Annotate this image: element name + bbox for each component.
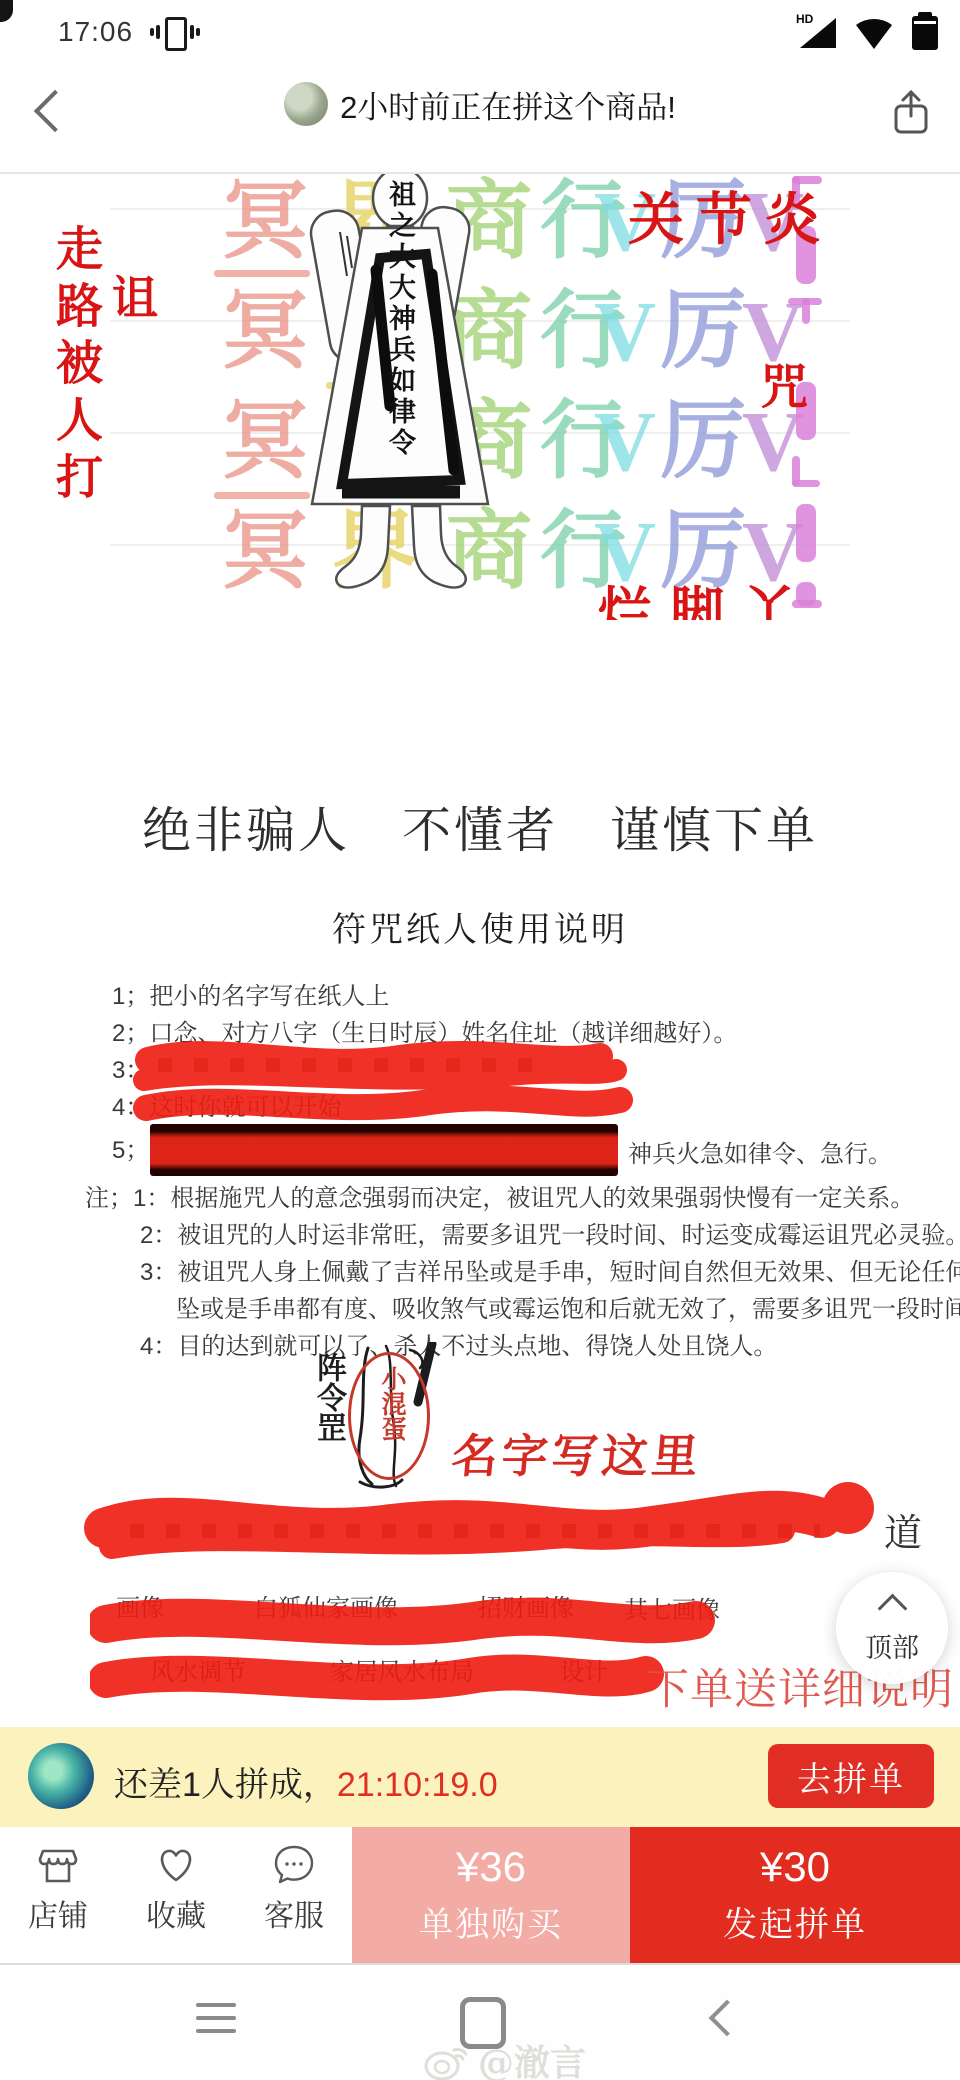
buyer-avatar [284,82,328,126]
group-member-avatar [28,1743,94,1809]
watermark-character: 厉 [660,288,746,374]
favorite-button[interactable]: 收藏 [118,1827,234,1963]
battery-icon [912,16,938,50]
curse-text-zu: 诅 [112,262,158,328]
instruction-item-5-text: 神兵火急如律令、急行。 [628,1134,892,1169]
join-group-button[interactable]: 去拼单 [768,1744,934,1808]
chevron-up-icon [878,1594,908,1624]
redaction-scribble-line1 [82,1482,912,1578]
back-to-top-button[interactable]: 顶部 [836,1572,948,1684]
talisman-side-text: 阵令罡 [306,1352,350,1442]
curse-text-zhou: 咒 [760,348,808,417]
customer-service-button[interactable]: 客服 [236,1827,352,1963]
nav-back-button[interactable] [709,2000,746,2037]
buy-alone-button[interactable]: ¥36 单独购买 [352,1827,630,1963]
chat-bubble-icon [236,1841,352,1889]
talisman-oval-text: 小混蛋 [374,1366,410,1441]
watermark-character: 厉 [660,398,746,484]
share-button[interactable] [890,88,932,136]
weibo-watermark: @澈言 [420,2035,586,2080]
watermark-character: V [594,288,656,374]
group-price: ¥30 [630,1843,960,1891]
purchase-bar: 店铺 收藏 客服 ¥36 单独购买 ¥30 发起拼单 [0,1827,960,1965]
screen-corner-notch [0,0,13,22]
note-3-continued: 坠或是手串都有度、吸收煞气或霉运饱和后就无效了，需要多诅咒一段时间。 [176,1289,960,1324]
heart-icon [118,1841,234,1889]
write-name-here-label: 名字写这里 [449,1420,705,1486]
wifi-icon [852,16,896,52]
product-image[interactable]: 冥界商行V厉V冥界商行V厉V冥界商行V厉V冥界商行V厉V [0,174,960,620]
shop-button[interactable]: 店铺 [0,1827,116,1963]
redaction-scribble-line3 [90,1652,670,1710]
countdown-timer: 21:10:19.0 [337,1766,498,1804]
redaction-scribble-line2 [90,1594,730,1656]
claim-headline: 绝非骗人 不懂者 谨慎下单 [0,792,960,862]
weibo-logo-icon [420,2038,472,2080]
note-3: 3：被诅咒人身上佩戴了吉祥吊坠或是手串，短时间自然但无效果、但无论任何吉祥吊 [140,1252,960,1287]
page-title: 2小时前正在拼这个商品! [340,82,676,127]
redaction-bar [150,1124,618,1176]
note-2: 2：被诅咒的人时运非常旺，需要多诅咒一段时间、时运变成霉运诅咒必灵验。 [140,1215,960,1250]
signal-icon [800,18,836,48]
vibrate-icon [152,17,198,49]
note-1: 注；1：根据施咒人的意念强弱而决定，被诅咒人的效果强弱快慢有一定关系。 [85,1178,914,1213]
curse-text-top-right: 关节炎 [628,176,832,256]
instructions-title: 符咒纸人使用说明 [0,902,960,951]
android-nav-bar: @澈言 [0,1963,960,2080]
group-buy-banner: 还差1人拼成，21:10:19.0 去拼单 [0,1727,960,1827]
app-screen: 17:06 HD 2小时前正在拼这个商品! 冥界商行V厉V冥界商行V厉V冥界商行… [0,0,960,2080]
status-time: 17:06 [58,16,133,48]
header-title-group: 2小时前正在拼这个商品! [0,72,960,136]
start-group-buy-button[interactable]: ¥30 发起拼单 [630,1827,960,1963]
watermark-character: V [594,398,656,484]
solo-price: ¥36 [352,1843,630,1891]
instruction-item-1: 1；把小的名字写在纸人上 [112,976,389,1011]
recents-button[interactable] [196,2003,236,2042]
curse-text-left: 走路被人打 [42,224,109,509]
storefront-icon [0,1841,116,1889]
talisman-calligraphy: 祖之大大神兵如律令 [380,180,419,459]
curse-text-bottom-right: 烂脚丫 [598,570,814,620]
group-status-text: 还差1人拼成，21:10:19.0 [114,1757,498,1806]
